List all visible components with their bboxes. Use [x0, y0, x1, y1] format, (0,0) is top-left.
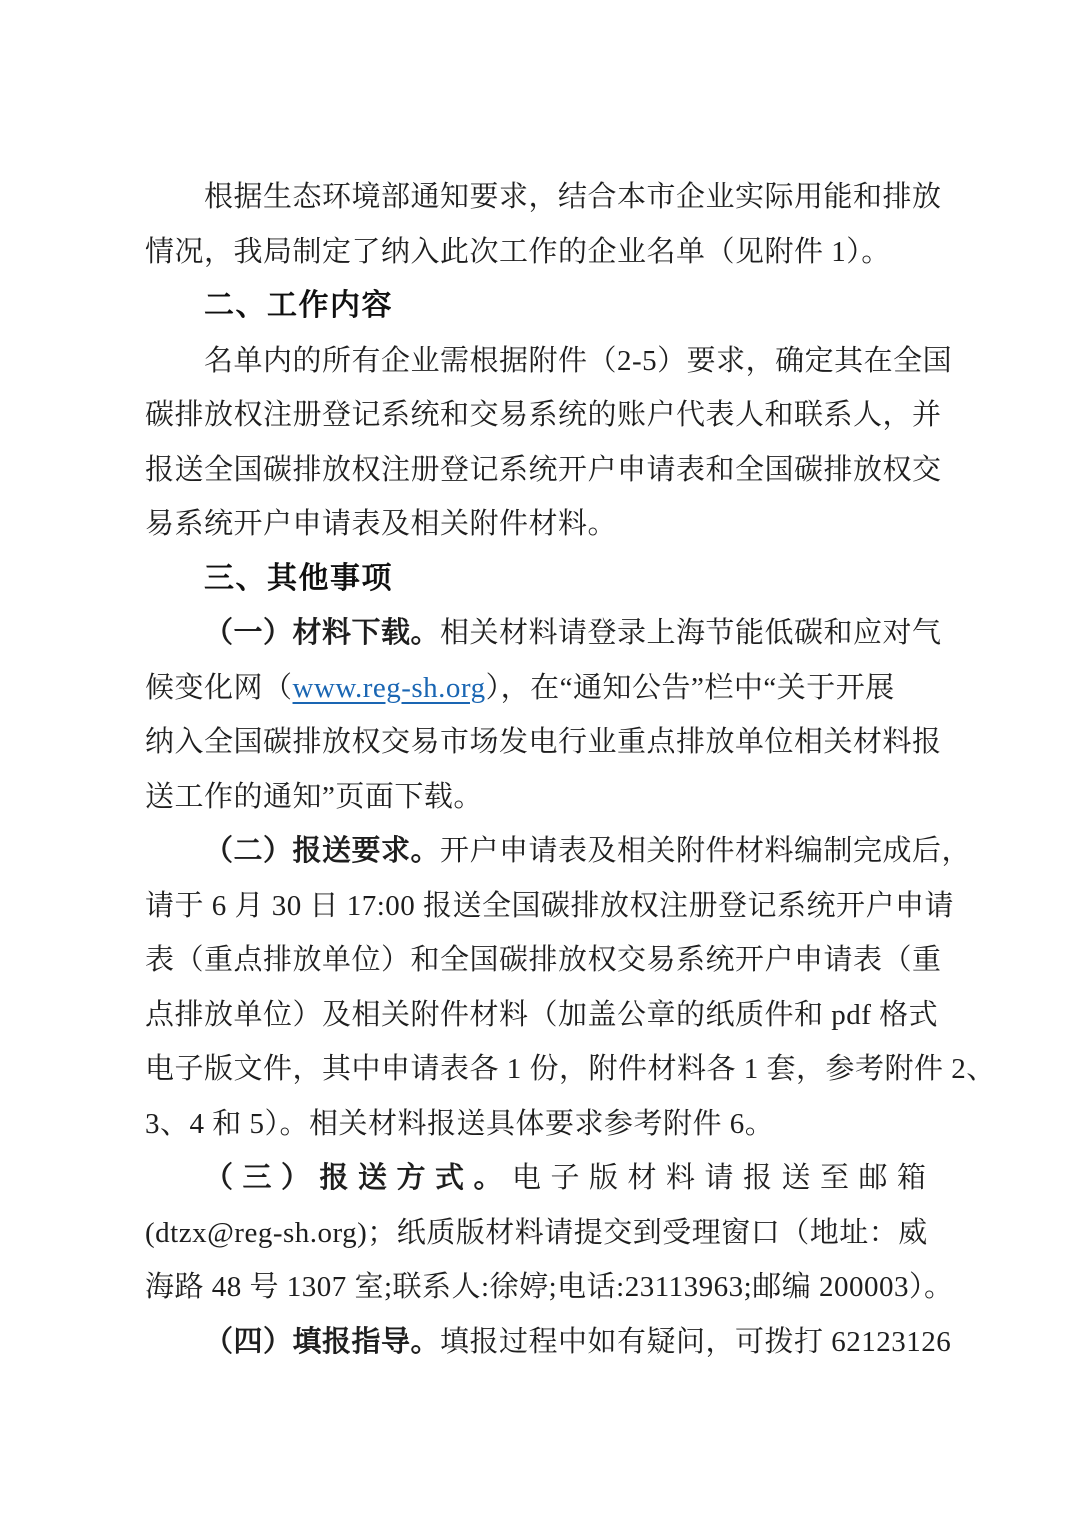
paragraph-line: （四）填报指导。填报过程中如有疑问，可拨打 62123126: [145, 1315, 1080, 1370]
paragraph-line: 点排放单位）及相关附件材料（加盖公章的纸质件和 pdf 格式: [145, 988, 1080, 1043]
paragraph-line: 报送全国碳排放权注册登记系统开户申请表和全国碳排放权交: [145, 443, 1080, 498]
body-text: 填报过程中如有疑问，可拨打 62123126: [440, 1326, 951, 1358]
paragraph-line: 根据生态环境部通知要求，结合本市企业实际用能和排放: [145, 170, 1080, 225]
body-text: (dtzx@reg-sh.org)；纸质版材料请提交到受理窗口（地址：威: [145, 1217, 928, 1249]
paragraph-line: 纳入全国碳排放权交易市场发电行业重点排放单位相关材料报: [145, 715, 1080, 770]
body-text: 碳排放权注册登记系统和交易系统的账户代表人和联系人，并: [145, 399, 942, 431]
document-page: 根据生态环境部通知要求，结合本市企业实际用能和排放 情况，我局制定了纳入此次工作…: [0, 0, 1080, 1527]
paragraph-line: 表（重点排放单位）和全国碳排放权交易系统开户申请表（重: [145, 933, 1080, 988]
paragraph-line: 送工作的通知”页面下载。: [145, 770, 1080, 825]
paragraph-line: （二）报送要求。开户申请表及相关附件材料编制完成后，: [145, 824, 1080, 879]
paragraph-line: 3、4 和 5）。相关材料报送具体要求参考附件 6。: [145, 1097, 1080, 1152]
paragraph-line: （三）报送方式。电子版材料请报送至邮箱: [145, 1151, 1080, 1206]
body-text: 送工作的通知”页面下载。: [145, 781, 483, 813]
paragraph-line: （一）材料下载。相关材料请登录上海节能低碳和应对气: [145, 606, 1080, 661]
body-text: 易系统开户申请表及相关附件材料。: [145, 508, 617, 540]
notice-body: 根据生态环境部通知要求，结合本市企业实际用能和排放 情况，我局制定了纳入此次工作…: [0, 0, 1080, 1369]
paragraph-line: 海路 48 号 1307 室;联系人:徐婷;电话:23113963;邮编 200…: [145, 1260, 1080, 1315]
item-4-lead-text: （四）填报指导。: [204, 1326, 440, 1358]
body-text: 开户申请表及相关附件材料编制完成后，: [440, 835, 971, 867]
body-text: 情况，我局制定了纳入此次工作的企业名单（见附件 1）。: [145, 236, 891, 268]
body-text: 3、4 和 5）。相关材料报送具体要求参考附件 6。: [145, 1108, 774, 1140]
body-text: ），在“通知公告”栏中“关于开展: [486, 672, 895, 704]
body-text: 表（重点排放单位）和全国碳排放权交易系统开户申请表（重: [145, 944, 942, 976]
body-text: 请于 6 月 30 日 17:00 报送全国碳排放权注册登记系统开户申请: [145, 890, 954, 922]
paragraph-line: (dtzx@reg-sh.org)；纸质版材料请提交到受理窗口（地址：威: [145, 1206, 1080, 1261]
body-text: 点排放单位）及相关附件材料（加盖公章的纸质件和 pdf 格式: [145, 999, 938, 1031]
paragraph-line: 情况，我局制定了纳入此次工作的企业名单（见附件 1）。: [145, 225, 1080, 280]
paragraph-line: 碳排放权注册登记系统和交易系统的账户代表人和联系人，并: [145, 388, 1080, 443]
paragraph-line: 请于 6 月 30 日 17:00 报送全国碳排放权注册登记系统开户申请: [145, 879, 1080, 934]
body-text: 相关材料请登录上海节能低碳和应对气: [440, 617, 942, 649]
reg-sh-website-link[interactable]: www.reg-sh.org: [293, 672, 486, 704]
body-text: 海路 48 号 1307 室;联系人:徐婷;电话:23113963;邮编 200…: [145, 1271, 953, 1303]
paragraph-line: 候变化网（www.reg-sh.org），在“通知公告”栏中“关于开展: [145, 661, 1080, 716]
item-2-lead-text: （二）报送要求。: [204, 835, 440, 867]
body-text: 候变化网（: [145, 672, 293, 704]
item-3-lead-text: （三）报送方式。: [204, 1162, 512, 1194]
body-text: 名单内的所有企业需根据附件（2-5）要求，确定其在全国: [204, 345, 952, 377]
section-heading-3: 三、其他事项: [145, 552, 1080, 607]
section-heading-text: 二、工作内容: [204, 289, 393, 322]
body-text: 报送全国碳排放权注册登记系统开户申请表和全国碳排放权交: [145, 454, 942, 486]
paragraph-line: 电子版文件，其中申请表各 1 份，附件材料各 1 套，参考附件 2、: [145, 1042, 1080, 1097]
section-heading-text: 三、其他事项: [204, 562, 393, 595]
paragraph-line: 易系统开户申请表及相关附件材料。: [145, 497, 1080, 552]
body-text: 根据生态环境部通知要求，结合本市企业实际用能和排放: [204, 181, 942, 213]
body-text: 纳入全国碳排放权交易市场发电行业重点排放单位相关材料报: [145, 726, 942, 758]
item-1-lead-text: （一）材料下载。: [204, 617, 440, 649]
paragraph-line: 名单内的所有企业需根据附件（2-5）要求，确定其在全国: [145, 334, 1080, 389]
body-text: 电子版材料请报送至邮箱: [512, 1162, 936, 1194]
section-heading-2: 二、工作内容: [145, 279, 1080, 334]
body-text: 电子版文件，其中申请表各 1 份，附件材料各 1 套，参考附件 2、: [145, 1053, 996, 1085]
